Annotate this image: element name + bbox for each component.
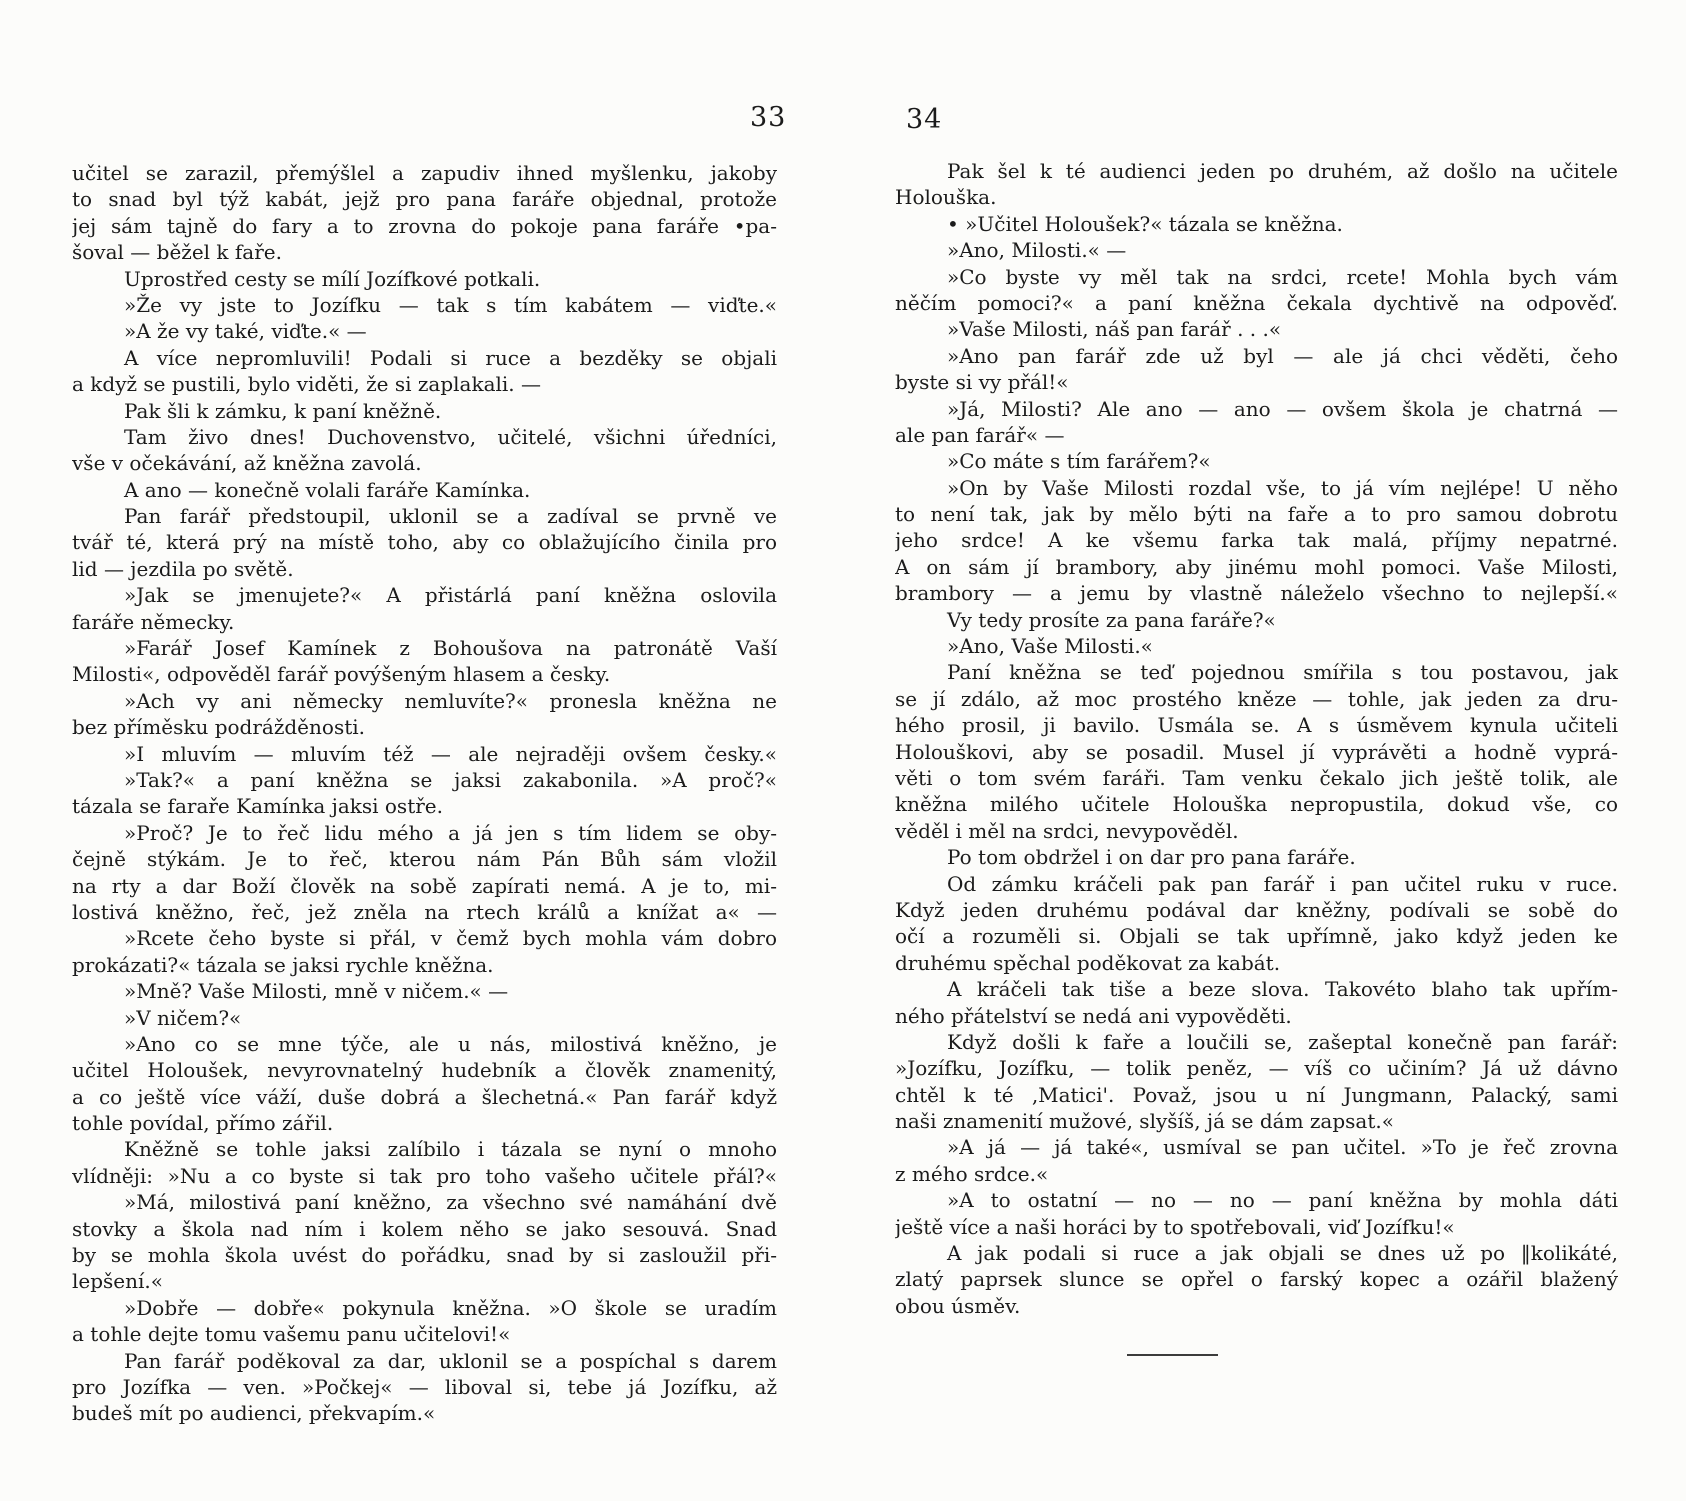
text-line: »Dobře — dobře« pokynula kněžna. »O škol…: [72, 1295, 777, 1321]
text-line: učitel se zarazil, přemýšlel a zapudiv i…: [72, 160, 777, 186]
text-line: a tohle dejte tomu vašemu panu učitelovi…: [72, 1321, 777, 1347]
text-line: »Proč? Je to řeč lidu mého a já jen s tí…: [72, 820, 777, 846]
text-line: Kněžně se tohle jaksi zalíbilo i tázala …: [72, 1136, 777, 1162]
text-line: věti o tom svém faráři. Tam venku čekalo…: [895, 765, 1618, 791]
text-line: druhému spěchal poděkovat za kabát.: [895, 950, 1618, 976]
text-line: chtěl k té ‚Matici'. Považ, jsou u ní Ju…: [895, 1082, 1618, 1108]
text-line: »Ano, Milosti.« —: [895, 237, 1618, 263]
text-line: Uprostřed cesty se mílí Jozífkové potkal…: [72, 266, 777, 292]
text-line: »A že vy také, viďte.« —: [72, 318, 777, 344]
text-line: »Co máte s tím farářem?«: [895, 448, 1618, 474]
text-line: by se mohla škola uvést do pořádku, snad…: [72, 1242, 777, 1268]
text-line: naši znamenití mužové, slyšíš, já se dám…: [895, 1108, 1618, 1134]
text-line: »On by Vaše Milosti rozdal vše, to já ví…: [895, 475, 1618, 501]
text-line: pro Jozífka — ven. »Počkej« — liboval si…: [72, 1374, 777, 1400]
page-right-text: Pak šel k té audienci jeden po druhém, a…: [895, 158, 1618, 1319]
text-line: něčím pomoci?« a paní kněžna čekala dych…: [895, 290, 1618, 316]
text-line: Po tom obdržel i on dar pro pana faráře.: [895, 844, 1618, 870]
text-line: se jí zdálo, až moc prostého kněze — toh…: [895, 686, 1618, 712]
text-line: »Ano pan farář zde už byl — ale já chci …: [895, 343, 1618, 369]
text-line: Tam živo dnes! Duchovenstvo, učitelé, vš…: [72, 424, 777, 450]
text-line: »Ach vy ani německy nemluvíte?« pronesla…: [72, 688, 777, 714]
text-line: vše v očekávání, až kněžna zavolá.: [72, 450, 777, 476]
text-line: tázala se faraře Kamínka jaksi ostře.: [72, 793, 777, 819]
text-line: jeho srdce! A ke všemu farka tak malá, p…: [895, 527, 1618, 553]
text-line: vlídněji: »Nu a co byste si tak pro toho…: [72, 1163, 777, 1189]
text-line: Od zámku kráčeli pak pan farář i pan uči…: [895, 871, 1618, 897]
text-line: Když jeden druhému podával dar kněžny, p…: [895, 897, 1618, 923]
text-line: Pan farář poděkoval za dar, uklonil se a…: [72, 1348, 777, 1374]
text-line: Paní kněžna se teď pojednou smířila s to…: [895, 659, 1618, 685]
text-line: »Vaše Milosti, náš pan farář . . .«: [895, 316, 1618, 342]
text-line: věděl i měl na srdci, nevypověděl.: [895, 818, 1618, 844]
text-line: čejně stýkám. Je to řeč, kterou nám Pán …: [72, 846, 777, 872]
text-line: to není tak, jak by mělo býti na faře a …: [895, 501, 1618, 527]
text-line: a co ještě více váží, duše dobrá a šlech…: [72, 1084, 777, 1110]
text-line: »Co byste vy měl tak na srdci, rcete! Mo…: [895, 264, 1618, 290]
text-line: Pak šel k té audienci jeden po druhém, a…: [895, 158, 1618, 184]
text-line: lepšení.«: [72, 1268, 777, 1294]
text-line: »I mluvím — mluvím též — ale nejraději o…: [72, 741, 777, 767]
text-line: a když se pustili, bylo viděti, že si za…: [72, 371, 777, 397]
text-line: Holouškovi, aby se posadil. Musel jí vyp…: [895, 739, 1618, 765]
text-line: šoval — běžel k faře.: [72, 239, 777, 265]
text-line: na rty a dar Boží člověk na sobě zapírat…: [72, 873, 777, 899]
text-line: faráře německy.: [72, 609, 777, 635]
text-line: »Ano, Vaše Milosti.«: [895, 633, 1618, 659]
text-line: ještě více a naši horáci by to spotřebov…: [895, 1214, 1618, 1240]
text-line: »Má, milostivá paní kněžno, za všechno s…: [72, 1189, 777, 1215]
text-line: »Tak?« a paní kněžna se jaksi zakabonila…: [72, 767, 777, 793]
section-divider: [1127, 1354, 1218, 1356]
text-line: »A já — já také«, usmíval se pan učitel.…: [895, 1134, 1618, 1160]
text-line: hého prosil, ji bavilo. Usmála se. A s ú…: [895, 712, 1618, 738]
text-line: »V ničem?«: [72, 1005, 777, 1031]
text-line: obou úsměv.: [895, 1293, 1618, 1319]
text-line: z mého srdce.«: [895, 1161, 1618, 1187]
text-line: budeš mít po audienci, překvapím.«: [72, 1400, 777, 1426]
page-number-left: 33: [750, 102, 786, 133]
text-line: ale pan farář« —: [895, 422, 1618, 448]
text-line: lid — jezdila po světě.: [72, 556, 777, 582]
text-line: »Já, Milosti? Ale ano — ano — ovšem škol…: [895, 396, 1618, 422]
book-spread: 33 34 učitel se zarazil, přemýšlel a zap…: [0, 0, 1686, 1501]
text-line: »Rcete čeho byste si přál, v čemž bych m…: [72, 925, 777, 951]
text-line: lostivá kněžno, řeč, jež zněla na rtech …: [72, 899, 777, 925]
text-line: Vy tedy prosíte za pana faráře?«: [895, 607, 1618, 633]
text-line: A kráčeli tak tiše a beze slova. Takovét…: [895, 976, 1618, 1002]
text-line: A ano — konečně volali faráře Kamínka.: [72, 477, 777, 503]
page-number-right: 34: [906, 104, 942, 135]
text-line: stovky a škola nad ním i kolem něho se j…: [72, 1216, 777, 1242]
text-line: Když došli k faře a loučili se, zašeptal…: [895, 1029, 1618, 1055]
text-line: A jak podali si ruce a jak objali se dne…: [895, 1240, 1618, 1266]
text-line: »Mně? Vaše Milosti, mně v ničem.« —: [72, 978, 777, 1004]
text-line: učitel Holoušek, nevyrovnatelný hudebník…: [72, 1057, 777, 1083]
text-line: bez příměsku podrážděnosti.: [72, 714, 777, 740]
text-line: Pan farář předstoupil, uklonil se a zadí…: [72, 503, 777, 529]
text-line: jej sám tajně do fary a to zrovna do pok…: [72, 213, 777, 239]
text-line: ného přátelství se nedá ani vypověděti.: [895, 1003, 1618, 1029]
text-line: to snad byl týž kabát, jejž pro pana far…: [72, 186, 777, 212]
text-line: kněžna milého učitele Holouška nepropust…: [895, 791, 1618, 817]
text-line: byste si vy přál!«: [895, 369, 1618, 395]
page-left-text: učitel se zarazil, přemýšlel a zapudiv i…: [72, 160, 777, 1427]
text-line: Pak šli k zámku, k paní kněžně.: [72, 398, 777, 424]
text-line: »Jozífku, Jozífku, — tolik peněz, — víš …: [895, 1055, 1618, 1081]
text-line: Milosti«, odpověděl farář povýšeným hlas…: [72, 661, 777, 687]
text-line: očí a rozuměli si. Objali se tak upřímně…: [895, 923, 1618, 949]
text-line: »Ano co se mne týče, ale u nás, milostiv…: [72, 1031, 777, 1057]
text-line: brambory — a jemu by vlastně náleželo vš…: [895, 580, 1618, 606]
text-line: »Že vy jste to Jozífku — tak s tím kabát…: [72, 292, 777, 318]
text-line: A on sám jí brambory, aby jinému mohl po…: [895, 554, 1618, 580]
text-line: »A to ostatní — no — no — paní kněžna by…: [895, 1187, 1618, 1213]
text-line: tohle povídal, přímo zářil.: [72, 1110, 777, 1136]
text-line: • »Učitel Holoušek?« tázala se kněžna.: [895, 211, 1618, 237]
text-line: zlatý paprsek slunce se opřel o farský k…: [895, 1266, 1618, 1292]
text-line: »Jak se jmenujete?« A přistárlá paní kně…: [72, 582, 777, 608]
text-line: tvář té, která prý na místě toho, aby co…: [72, 529, 777, 555]
text-line: Holouška.: [895, 184, 1618, 210]
text-line: prokázati?« tázala se jaksi rychle kněžn…: [72, 952, 777, 978]
text-line: »Farář Josef Kamínek z Bohoušova na patr…: [72, 635, 777, 661]
text-line: A více nepromluvili! Podali si ruce a be…: [72, 345, 777, 371]
